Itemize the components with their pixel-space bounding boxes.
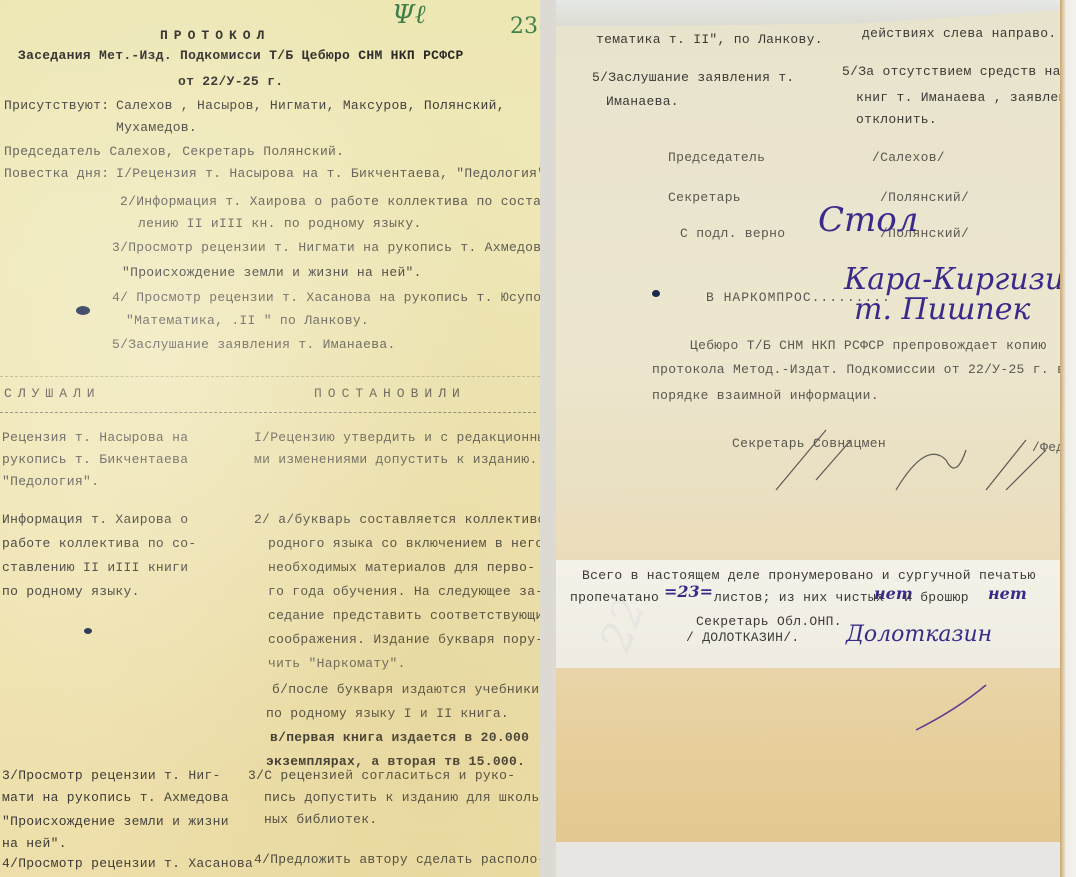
heard-item-line: "Педология". — [2, 474, 99, 489]
certification-suffix: и брошюр — [904, 590, 969, 605]
sheets-count: =23= — [664, 582, 713, 601]
decided-item-line: экземплярах, а вторая тв 15.000. — [266, 754, 525, 769]
certification-mid: листов; из них чистых — [714, 590, 884, 605]
attendees-label: Присутствуют: — [4, 98, 109, 113]
meeting-date: от 22/У-25 г. — [178, 74, 283, 89]
brochure-count: нет — [988, 584, 1027, 603]
attendees-line-2: Мухамедов. — [116, 120, 197, 135]
agenda-item: 2/Информация т. Хаирова о работе коллект… — [120, 194, 540, 209]
decided-item-line: по родному языку I и II книга. — [266, 706, 509, 721]
cover-text-line: порядке взаимной информации. — [652, 388, 879, 403]
carry-left-line: 5/Заслушание заявления т. — [592, 70, 795, 85]
chair-role: Председатель — [668, 150, 765, 165]
decided-item-line: 3/С рецензией согласиться и руко- — [248, 768, 515, 783]
decided-item-line: соображения. Издание букваря пору- — [268, 632, 540, 647]
decided-item-line: 2/ а/букварь составляется коллективом — [254, 512, 540, 527]
left-page: Ψℓ 23 ПРОТОКОЛ Заседания Мет.-Изд. Подко… — [0, 0, 540, 877]
decided-item-line: ми изменениями допустить к изданию. — [254, 452, 538, 467]
decided-item-line: необходимых материалов для перво- — [268, 560, 535, 575]
bottom-edge — [556, 842, 1062, 877]
purple-pen-stroke — [896, 680, 996, 740]
decided-item-line: 4/Предложить автору сделать располо- — [254, 852, 540, 867]
decided-item-line: чить "Наркомату". — [268, 656, 406, 671]
agenda-item: 4/ Просмотр рецензии т. Хасанова на руко… — [112, 290, 540, 305]
scrawled-signature — [756, 420, 1056, 500]
document-subtitle: Заседания Мет.-Изд. Подкомисси Т/Б Цебюр… — [18, 48, 464, 63]
heard-item-line: работе коллектива по со- — [2, 536, 196, 551]
decided-item-line: ных библиотек. — [264, 812, 377, 827]
signer-title: Секретарь Обл.ОНП. — [696, 614, 842, 629]
carry-right-line: 5/За отсутствием средств на из — [842, 64, 1062, 79]
decided-item-line: в/первая книга издается в 20.000 — [270, 730, 529, 745]
agenda-label: Повестка дня: — [4, 166, 109, 181]
carry-right-line: книг т. Иманаева , заявление — [856, 90, 1062, 105]
chair-name: /Салехов/ — [872, 150, 945, 165]
ink-blot — [76, 306, 90, 315]
divider — [0, 376, 540, 377]
document-title: ПРОТОКОЛ — [160, 28, 270, 43]
handwritten-address-line-2: т. Пишпек — [854, 292, 1030, 327]
torn-top-edge — [556, 0, 1062, 26]
decided-item-line: пись допустить к изданию для школь- — [264, 790, 540, 805]
agenda-item: 5/Заслушание заявления т. Иманаева. — [112, 337, 396, 352]
archive-scribble: Ψℓ — [392, 0, 426, 30]
carry-left-line: Иманаева. — [606, 94, 679, 109]
certification-prefix: пропечатано — [570, 590, 659, 605]
secretary-role: Секретарь — [668, 190, 741, 205]
ink-dot — [652, 290, 660, 297]
heard-item-line: "Происхождение земли и жизни — [2, 814, 229, 829]
decided-item-line: I/Рецензию утвердить и с редакционны- — [254, 430, 540, 445]
decided-item-line: родного языка со включением в него — [268, 536, 540, 551]
attendees-line-1: Салехов , Насыров, Нигмати, Максуров, По… — [116, 98, 505, 113]
binding-edge — [1060, 0, 1076, 877]
heard-header: СЛУШАЛИ — [4, 386, 101, 401]
sheet-number: 23 — [510, 14, 538, 39]
chair-line: Председатель Салехов, Секретарь Полянски… — [4, 144, 344, 159]
heard-item-line: по родному языку. — [2, 584, 140, 599]
handwritten-signature: Стол — [818, 200, 918, 240]
agenda-item: I/Рецензия т. Насырова на т. Бикчентаева… — [116, 166, 540, 181]
heard-item-line: Информация т. Хаирова о — [2, 512, 188, 527]
certification-strip: Всего в настоящем деле пронумеровано и с… — [556, 560, 1062, 668]
ink-dot — [84, 628, 92, 634]
decided-item-line: б/после букваря издаются учебники — [272, 682, 539, 697]
agenda-item: "Математика, .II " по Ланкову. — [126, 313, 369, 328]
heard-item-line: мати на рукопись т. Ахмедова — [2, 790, 229, 805]
copy-certified-label: С подл. верно — [680, 226, 785, 241]
cover-text-line: Цебюро Т/Б СНМ НКП РСФСР препровождает к… — [690, 338, 1046, 353]
heard-item-line: рукопись т. Бикчентаева — [2, 452, 188, 467]
heard-item-line: на ней". — [2, 836, 67, 851]
heard-item-line: Рецензия т. Насырова на — [2, 430, 188, 445]
heard-item-line: 4/Просмотр рецензии т. Хасанова — [2, 856, 253, 871]
decided-header: ПОСТАНОВИЛИ — [314, 386, 466, 401]
right-page: тематика т. II", по Ланкову. 5/Заслушани… — [556, 0, 1062, 877]
signer-name: / ДОЛОТКАЗИН/. — [686, 630, 799, 645]
carry-right-line: отклонить. — [856, 112, 937, 127]
agenda-item: лению II иIII кн. по родному языку. — [138, 216, 422, 231]
agenda-item: "Происхождение земли и жизни на ней". — [122, 265, 422, 280]
certification-signature: Долотказин — [846, 622, 992, 647]
agenda-item: 3/Просмотр рецензии т. Нигмати на рукопи… — [112, 240, 540, 255]
heard-item-line: ставлению II иIII книги — [2, 560, 188, 575]
heard-item-line: 3/Просмотр рецензии т. Ниг- — [2, 768, 221, 783]
cover-text-line: протокола Метод.-Издат. Подкомиссии от 2… — [652, 362, 1062, 377]
decided-item-line: седание представить соответствующие — [268, 608, 540, 623]
carry-left-line: тематика т. II", по Ланкову. — [596, 32, 823, 47]
certification-line-1: Всего в настоящем деле пронумеровано и с… — [582, 568, 1036, 583]
decided-item-line: го года обучения. На следующее за- — [268, 584, 540, 599]
divider — [0, 412, 536, 413]
carry-right-line: действиях слева направо. — [862, 26, 1056, 41]
